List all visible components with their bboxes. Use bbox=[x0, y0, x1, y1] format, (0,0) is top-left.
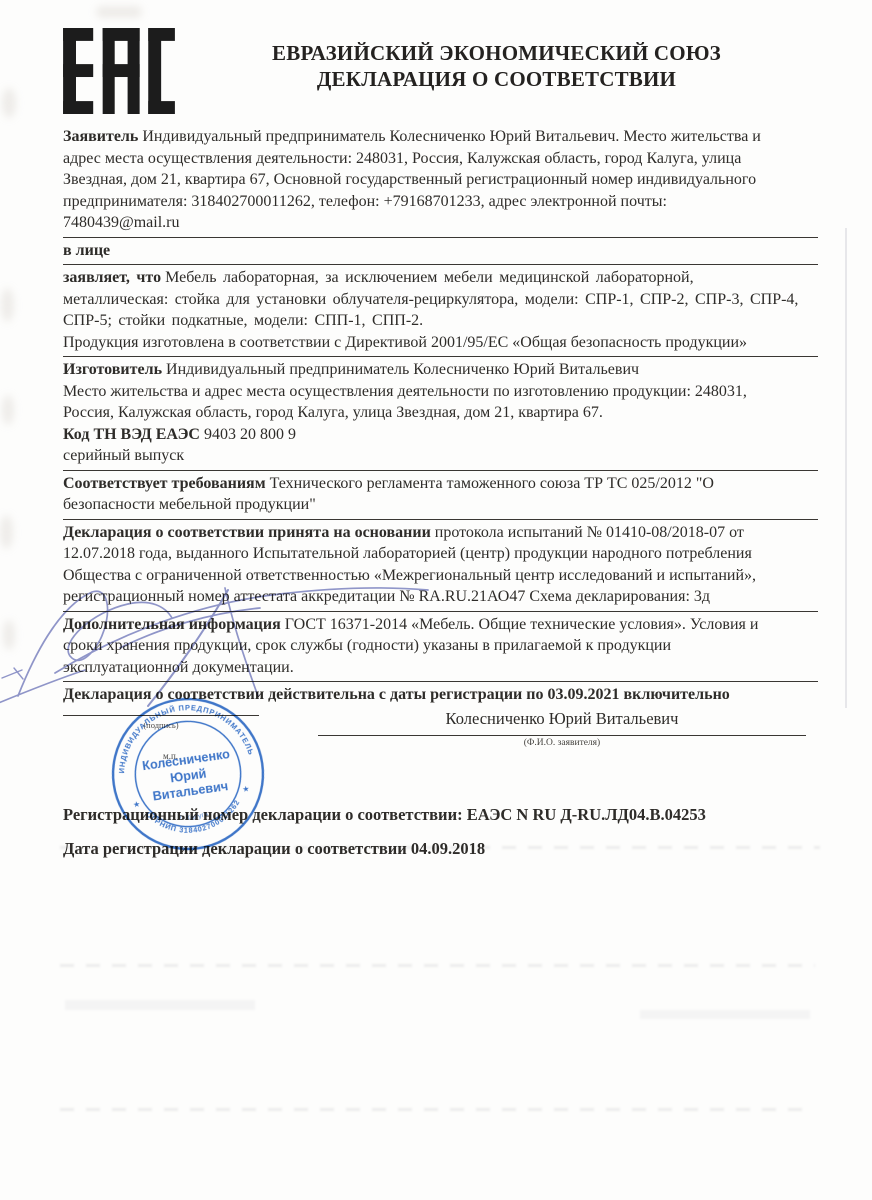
v-litse-label: в лице bbox=[63, 242, 110, 259]
declares-extra: Продукция изготовлена в соответствии с Д… bbox=[63, 332, 818, 354]
section-basis: Декларация о соответствии принята на осн… bbox=[63, 520, 818, 612]
basis-label: Декларация о соответствии принята на осн… bbox=[63, 524, 431, 541]
section-corresponds: Соответствует требованиямТехнического ре… bbox=[63, 471, 818, 520]
section-declares: заявляет, чтоМебель лабораторная, за иск… bbox=[63, 265, 818, 357]
corresponds-paragraph: Соответствует требованиямТехнического ре… bbox=[63, 473, 818, 516]
scan-ghost-line bbox=[60, 964, 815, 967]
stamp-star-right-icon: ★ bbox=[242, 783, 250, 793]
v-litse-paragraph: в лице bbox=[63, 240, 818, 262]
declares-label: заявляет, что bbox=[63, 269, 161, 286]
svg-text:г. Калуга: г. Калуга bbox=[178, 809, 210, 822]
tnved-value: 9403 20 800 9 bbox=[204, 426, 296, 443]
manufacturer-label: Изготовитель bbox=[63, 361, 162, 378]
stamp-star-left-icon: ★ bbox=[132, 799, 140, 809]
declares-text: Мебель лабораторная, за исключением мебе… bbox=[63, 269, 798, 329]
scan-ghost-line bbox=[60, 1108, 810, 1111]
signature-area: (подпись) м.п. Колесниченко Юрий Виталье… bbox=[63, 709, 818, 801]
additional-paragraph: Дополнительная информацияГОСТ 16371-2014… bbox=[63, 614, 818, 679]
scan-ghost-line bbox=[65, 1000, 255, 1010]
stamp-place-caption: м.п. bbox=[163, 751, 178, 761]
declares-paragraph: заявляет, чтоМебель лабораторная, за иск… bbox=[63, 267, 818, 332]
basis-paragraph: Декларация о соответствии принята на осн… bbox=[63, 522, 818, 608]
eac-logo bbox=[63, 28, 175, 114]
applicant-paragraph: ЗаявительИндивидуальный предприниматель … bbox=[63, 126, 818, 234]
title-line-1: ЕВРАЗИЙСКИЙ ЭКОНОМИЧЕСКИЙ СОЮЗ bbox=[175, 40, 818, 66]
signer-name-block: Колесниченко Юрий Витальевич (Ф.И.О. зая… bbox=[318, 709, 806, 748]
manufacturer-paragraph: ИзготовительИндивидуальный предпринимате… bbox=[63, 359, 818, 424]
tnved-line: Код ТН ВЭД ЕАЭС9403 20 800 9 bbox=[63, 424, 818, 446]
manufacturer-text: Индивидуальный предприниматель Колесниче… bbox=[63, 361, 747, 421]
stamp-inner-bottom-text: г. Калуга bbox=[178, 809, 210, 822]
corresponds-label: Соответствует требованиям bbox=[63, 475, 266, 492]
applicant-text: Индивидуальный предприниматель Колесниче… bbox=[63, 128, 761, 231]
scan-ghost-line bbox=[640, 1010, 810, 1019]
applicant-label: Заявитель bbox=[63, 128, 138, 145]
round-stamp: ИНДИВИДУАЛЬНЫЙ ПРЕДПРИНИМАТЕЛЬ ОГРНИП 31… bbox=[99, 684, 277, 862]
title-line-2: ДЕКЛАРАЦИЯ О СООТВЕТСТВИИ bbox=[175, 66, 818, 92]
section-applicant: ЗаявительИндивидуальный предприниматель … bbox=[63, 124, 818, 238]
section-v-litse: в лице bbox=[63, 238, 818, 266]
document-header: ЕВРАЗИЙСКИЙ ЭКОНОМИЧЕСКИЙ СОЮЗ ДЕКЛАРАЦИ… bbox=[63, 24, 818, 114]
section-additional: Дополнительная информацияГОСТ 16371-2014… bbox=[63, 612, 818, 683]
additional-label: Дополнительная информация bbox=[63, 616, 281, 633]
declaration-document: ЕВРАЗИЙСКИЙ ЭКОНОМИЧЕСКИЙ СОЮЗ ДЕКЛАРАЦИ… bbox=[0, 0, 872, 1200]
fio-caption: (Ф.И.О. заявителя) bbox=[318, 736, 806, 748]
signer-name: Колесниченко Юрий Витальевич bbox=[318, 709, 806, 736]
document-title: ЕВРАЗИЙСКИЙ ЭКОНОМИЧЕСКИЙ СОЮЗ ДЕКЛАРАЦИ… bbox=[175, 24, 818, 92]
serial-line: серийный выпуск bbox=[63, 445, 818, 467]
section-manufacturer: ИзготовительИндивидуальный предпринимате… bbox=[63, 357, 818, 471]
tnved-label: Код ТН ВЭД ЕАЭС bbox=[63, 426, 200, 443]
